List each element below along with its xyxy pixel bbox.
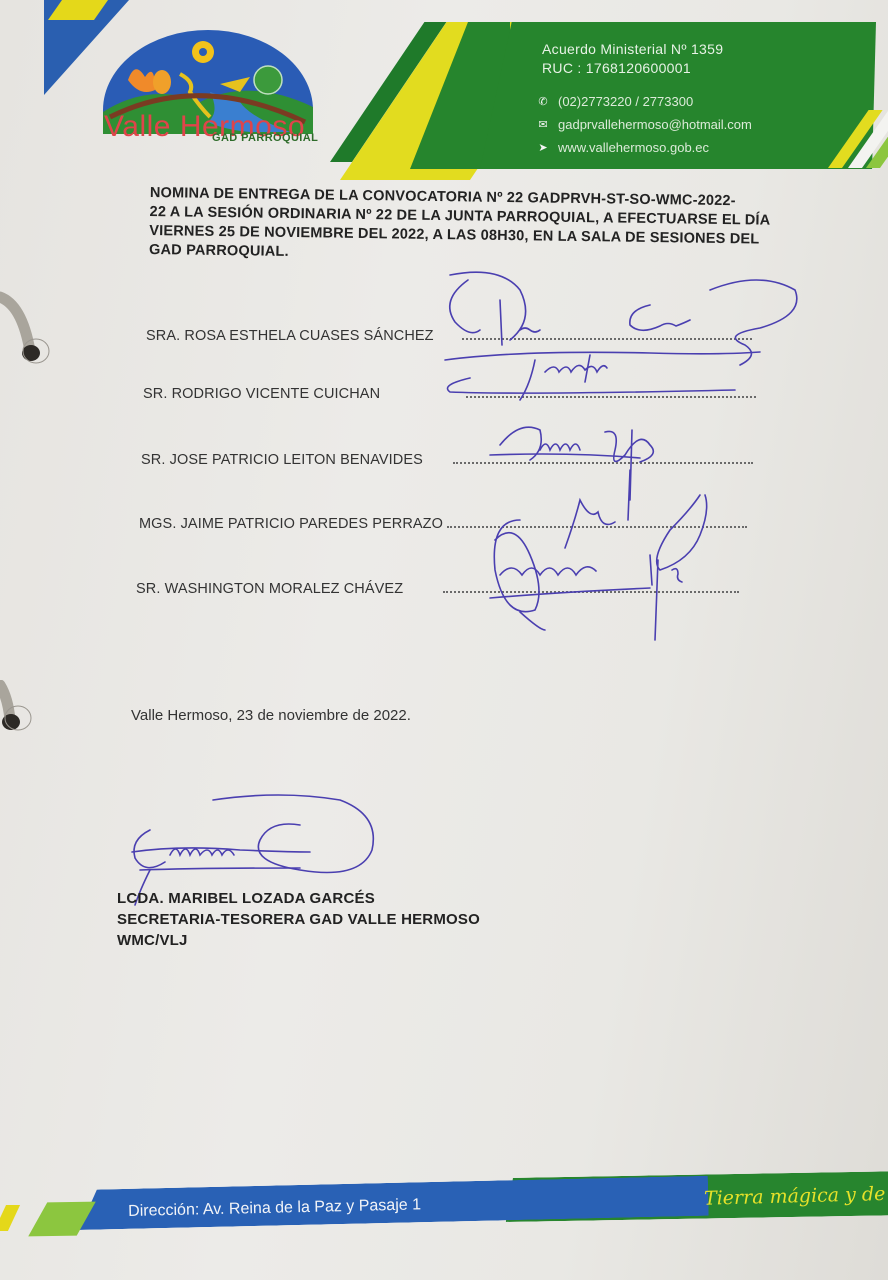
signature-line xyxy=(447,525,747,528)
signatory-name: SR. WASHINGTON MORALEZ CHÁVEZ xyxy=(136,581,403,597)
signature-line xyxy=(443,590,739,593)
document-page: Valle Hermoso GAD PARROQUIAL Acuerdo Min… xyxy=(0,0,888,1280)
signatory-row: SRA. ROSA ESTHELA CUASES SÁNCHEZ xyxy=(146,322,752,344)
signatory-name: MGS. JAIME PATRICIO PAREDES PERRAZO xyxy=(139,516,443,532)
signature-line xyxy=(462,337,752,340)
signatory-list: SRA. ROSA ESTHELA CUASES SÁNCHEZ SR. ROD… xyxy=(0,0,888,1280)
signature-line xyxy=(466,395,756,398)
signature-line xyxy=(453,461,753,464)
signatory-name: SR. RODRIGO VICENTE CUICHAN xyxy=(143,386,380,402)
signatory-row: SR. JOSE PATRICIO LEITON BENAVIDES xyxy=(141,446,753,468)
signer-block: LCDA. MARIBEL LOZADA GARCÉS SECRETARIA-T… xyxy=(117,888,480,951)
signatory-row: SR. WASHINGTON MORALEZ CHÁVEZ xyxy=(136,575,739,597)
signer-role: SECRETARIA-TESORERA GAD VALLE HERMOSO xyxy=(117,909,480,930)
signatory-name: SR. JOSE PATRICIO LEITON BENAVIDES xyxy=(141,452,423,468)
signatory-row: MGS. JAIME PATRICIO PAREDES PERRAZO xyxy=(139,510,747,532)
signatory-name: SRA. ROSA ESTHELA CUASES SÁNCHEZ xyxy=(146,328,434,344)
reference-initials: WMC/VLJ xyxy=(117,930,480,951)
place-and-date: Valle Hermoso, 23 de noviembre de 2022. xyxy=(131,707,411,724)
signer-name: LCDA. MARIBEL LOZADA GARCÉS xyxy=(117,888,480,909)
signatory-row: SR. RODRIGO VICENTE CUICHAN xyxy=(143,380,756,402)
footer-motto: Tierra mágica y de av xyxy=(704,1182,888,1209)
